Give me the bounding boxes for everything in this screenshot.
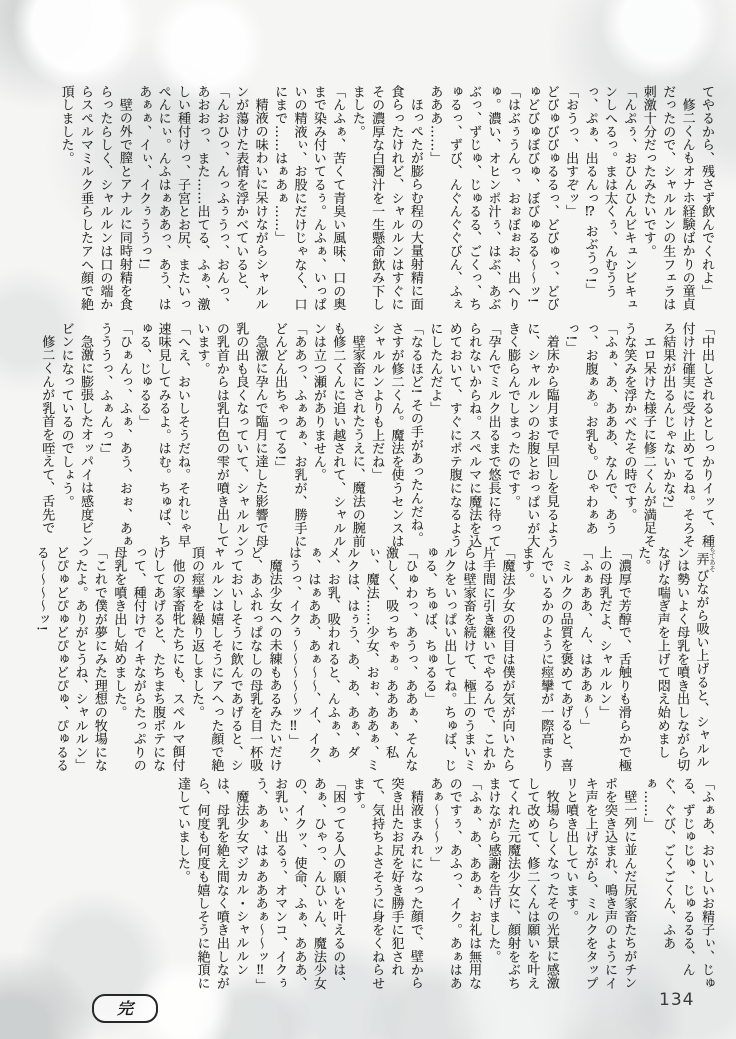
- paragraph-narrative: エロ呆けた様子に修二くんが満足そうな笑みを浮かべたその時です。: [619, 322, 658, 552]
- paragraph-narrative: 壁家畜にされたうえに、魔法の腕前も修二くんに追い越されて、シャルルンは立つ瀬があ…: [308, 322, 366, 552]
- text-band-2: 「中出しされるとしっかりイッて、種付け汁確実に受け止めてるね。そろそろ結果が出る…: [68, 322, 716, 552]
- paragraph-sfx: どぴゅどぴゅどぴゅどぴゅ、ぴゅるるる〜〜〜〜ッ!: [31, 546, 70, 776]
- paragraph-dialogue: 「困ってる人の願いを叶えるのは、あぁ、ひゃっ、んひぃん、魔法少女の、イクッ、使命…: [250, 777, 347, 995]
- paragraph-narrative: ほっぺたが膨らむ程の大量射精に面食らったけれど、シャルルンはすぐにその濃厚な白濁…: [347, 85, 425, 315]
- paragraph-dialogue: 「おうっ、出すぞッ」: [561, 85, 580, 315]
- paragraph-narrative: 他の家畜牝たちにも、スペルマ餌付けしてあげると、たちまち腹ボテになって、種付けで…: [109, 546, 187, 776]
- paragraph-dialogue: 「へえ、おいしそうだね。それじゃ早速味見してみるよ。はむ。ちゅぱ、ちゅる、じゅる…: [134, 322, 192, 552]
- novel-page: てやるから、残さず飲んでくれよ」修二くんもオナホ経験ばかりの童貞だったので、シャ…: [0, 0, 736, 1039]
- paragraph-dialogue: 「魔法少女の役目は僕が気が向いたら片手間に引き継いでやるんで、これからは壁家畜を…: [419, 546, 516, 776]
- paragraph-narrative: 壁の外で膣とアナルに同時射精を食らったらしく、シャルルンは口の端からスペルマミル…: [56, 85, 134, 315]
- paragraph-dialogue: 「ああっ、ふぁあぁ、お乳が、勝手にどんどん出ちゃってる!」: [270, 322, 309, 552]
- paragraph-dialogue: 「孕んでミルク出るまで悠長に待ってられないからね。スペルマに魔法を込めておいて、…: [425, 322, 503, 552]
- paragraph-narrative: 修二くんもオナホ経験ばかりの童貞だったので、シャルルンの生フェラは刺激十分だった…: [638, 85, 696, 315]
- paragraph-narrative: 修二くんが乳首を咥えて、舌先で: [37, 322, 56, 552]
- paragraph-dialogue: 「なるほど! その手があったんだね。さすが修二くん。魔法を使うセンスはシャルルン…: [367, 322, 425, 552]
- paragraph-continuation: 弄もてあそびながら吸い上げると、シャルルンは勢いよく母乳を噴き出しながら切なげな…: [633, 546, 716, 776]
- paragraph-narrative: 精液の味わいに呆けながらシャルルンが蕩けた表情を浮かべていると、: [231, 85, 270, 315]
- paragraph-dialogue: 「ふぁああ、ん、はああぁ〜」: [575, 546, 594, 776]
- furigana: 弄もてあそ: [694, 546, 709, 569]
- paragraph-narrative: 壁一列に並んだ尻家畜たちがチンポを突き込まれ、鳴き声のようにイキ声を上げながら、…: [561, 777, 639, 995]
- paragraph-dialogue: 「ふぁあ、おいしいお精子ぃ、じゅる、ずじゅじゅ、じゅるるる、んぐ、ぐび、ごくごく…: [638, 777, 716, 995]
- paragraph-narrative: 牧場らしくなったその光景に感激して改めて、修二くんは願いを叶えてくれた元魔法少女…: [483, 777, 561, 995]
- paragraph-dialogue: 「んおひっ、んっふぅうっ、おんっ、あおおっ、また……出てる、ふぁ、激しい種付けっ…: [134, 85, 231, 315]
- end-mark-label: 完: [117, 1001, 133, 1017]
- paragraph-dialogue: てやるから、残さず飲んでくれよ」: [697, 85, 716, 315]
- paragraph-narrative: 魔法少女マジカル・シャルルンは、母乳を絶え間なく噴き出しながら、何度も何度も嬉し…: [173, 777, 251, 995]
- paragraph-narrative: 着床から臨月まで早回しを見るように、シャルルンのお腹とおっぱいが大きく膨らんでし…: [503, 322, 561, 552]
- text-band-1: てやるから、残さず飲んでくれよ」修二くんもオナホ経験ばかりの童貞だったので、シャ…: [68, 85, 716, 315]
- paragraph-narrative: ミルクの品質を褒めてあげると、喜んでいるかのように痙攣が一際高まります。: [516, 546, 574, 776]
- paragraph-dialogue: 「これで僕が夢にみた理想の牧場になったよ。ありがとうね、シャルルン」: [70, 546, 109, 776]
- paragraph-narrative: 急激に孕んで臨月に達した影響で母乳の出も良くなっていて、シャルルンの乳首からは乳…: [192, 322, 270, 552]
- text-band-3: 弄もてあそびながら吸い上げると、シャルルンは勢いよく母乳を噴き出しながら切なげな…: [68, 546, 716, 776]
- paragraph-dialogue: 「ひぁんっ、ふぁ、あう、おぉ、あぁうううっ、ふぁんっ!」: [95, 322, 134, 552]
- paragraph-dialogue: 「はぶぅうんっ、おぉぼぉお、出へりゅ。濃い、オヒンポ汁ぅ、はぶ、あぶぶっ、ずじゅ…: [425, 85, 522, 315]
- paragraph-dialogue: 「んぷぅ、おひんひんビキュンビキュンしへるっ。まは太くぅ、んむううっ、ぷぁ、出る…: [580, 85, 638, 315]
- paragraph-sfx: どびゅびびゅるるっ、どびゅっ、どびゅどびゅぼびゅ、ぼびゅるる〜〜ッ!: [522, 85, 561, 315]
- paragraph-dialogue: 「中出しされるとしっかりイッて、種付け汁確実に受け止めてるね。そろそろ結果が出る…: [658, 322, 716, 552]
- paragraph-dialogue: 「ひゅわっ、あうっ、ああぁ、そんな激しく、吸っちゃぁ。あああぁ、私ぃ、魔法……少…: [284, 546, 420, 776]
- paragraph-narrative: 急激に膨張したオッパイは感度ビンビンになっているのでしょう。: [56, 322, 95, 552]
- paragraph-narrative: 精液まみれになった顔で、壁から突き出たお尻を好き勝手に犯されて、気持ちよさそうに…: [347, 777, 425, 995]
- page-number: 134: [659, 990, 694, 1010]
- paragraph-dialogue: 「ふぁ、あ、あああ、なんで、あうっ、お腹ぁあ。お乳も。ひゃわぁあっ!」: [561, 322, 619, 552]
- paragraph-dialogue: 「ふぁ、あ、ああぁ、お礼は無用なのですぅ、あふっ、イク。あぁはああぁ〜〜〜ッ」: [425, 777, 483, 995]
- paragraph-dialogue: 「濃厚で芳醇で、舌触りも滑らかで極上の母乳だよ、シャルルン」: [594, 546, 633, 776]
- end-mark-box: 完: [92, 994, 158, 1023]
- paragraph-narrative: 魔法少女への未練もあるみたいだけど、あふれっぱなしの母乳を目一杯吸っておいしそう…: [187, 546, 284, 776]
- paragraph-dialogue: 「んふぁ、苦くて青臭い風味、口の奥まで染み付いてるぅ。んふぁ、いっぱいの精液ぃ、…: [270, 85, 348, 315]
- text-band-4: 「ふぁあ、おいしいお精子ぃ、じゅる、ずじゅじゅ、じゅるるる、んぐ、ぐび、ごくごく…: [68, 777, 716, 995]
